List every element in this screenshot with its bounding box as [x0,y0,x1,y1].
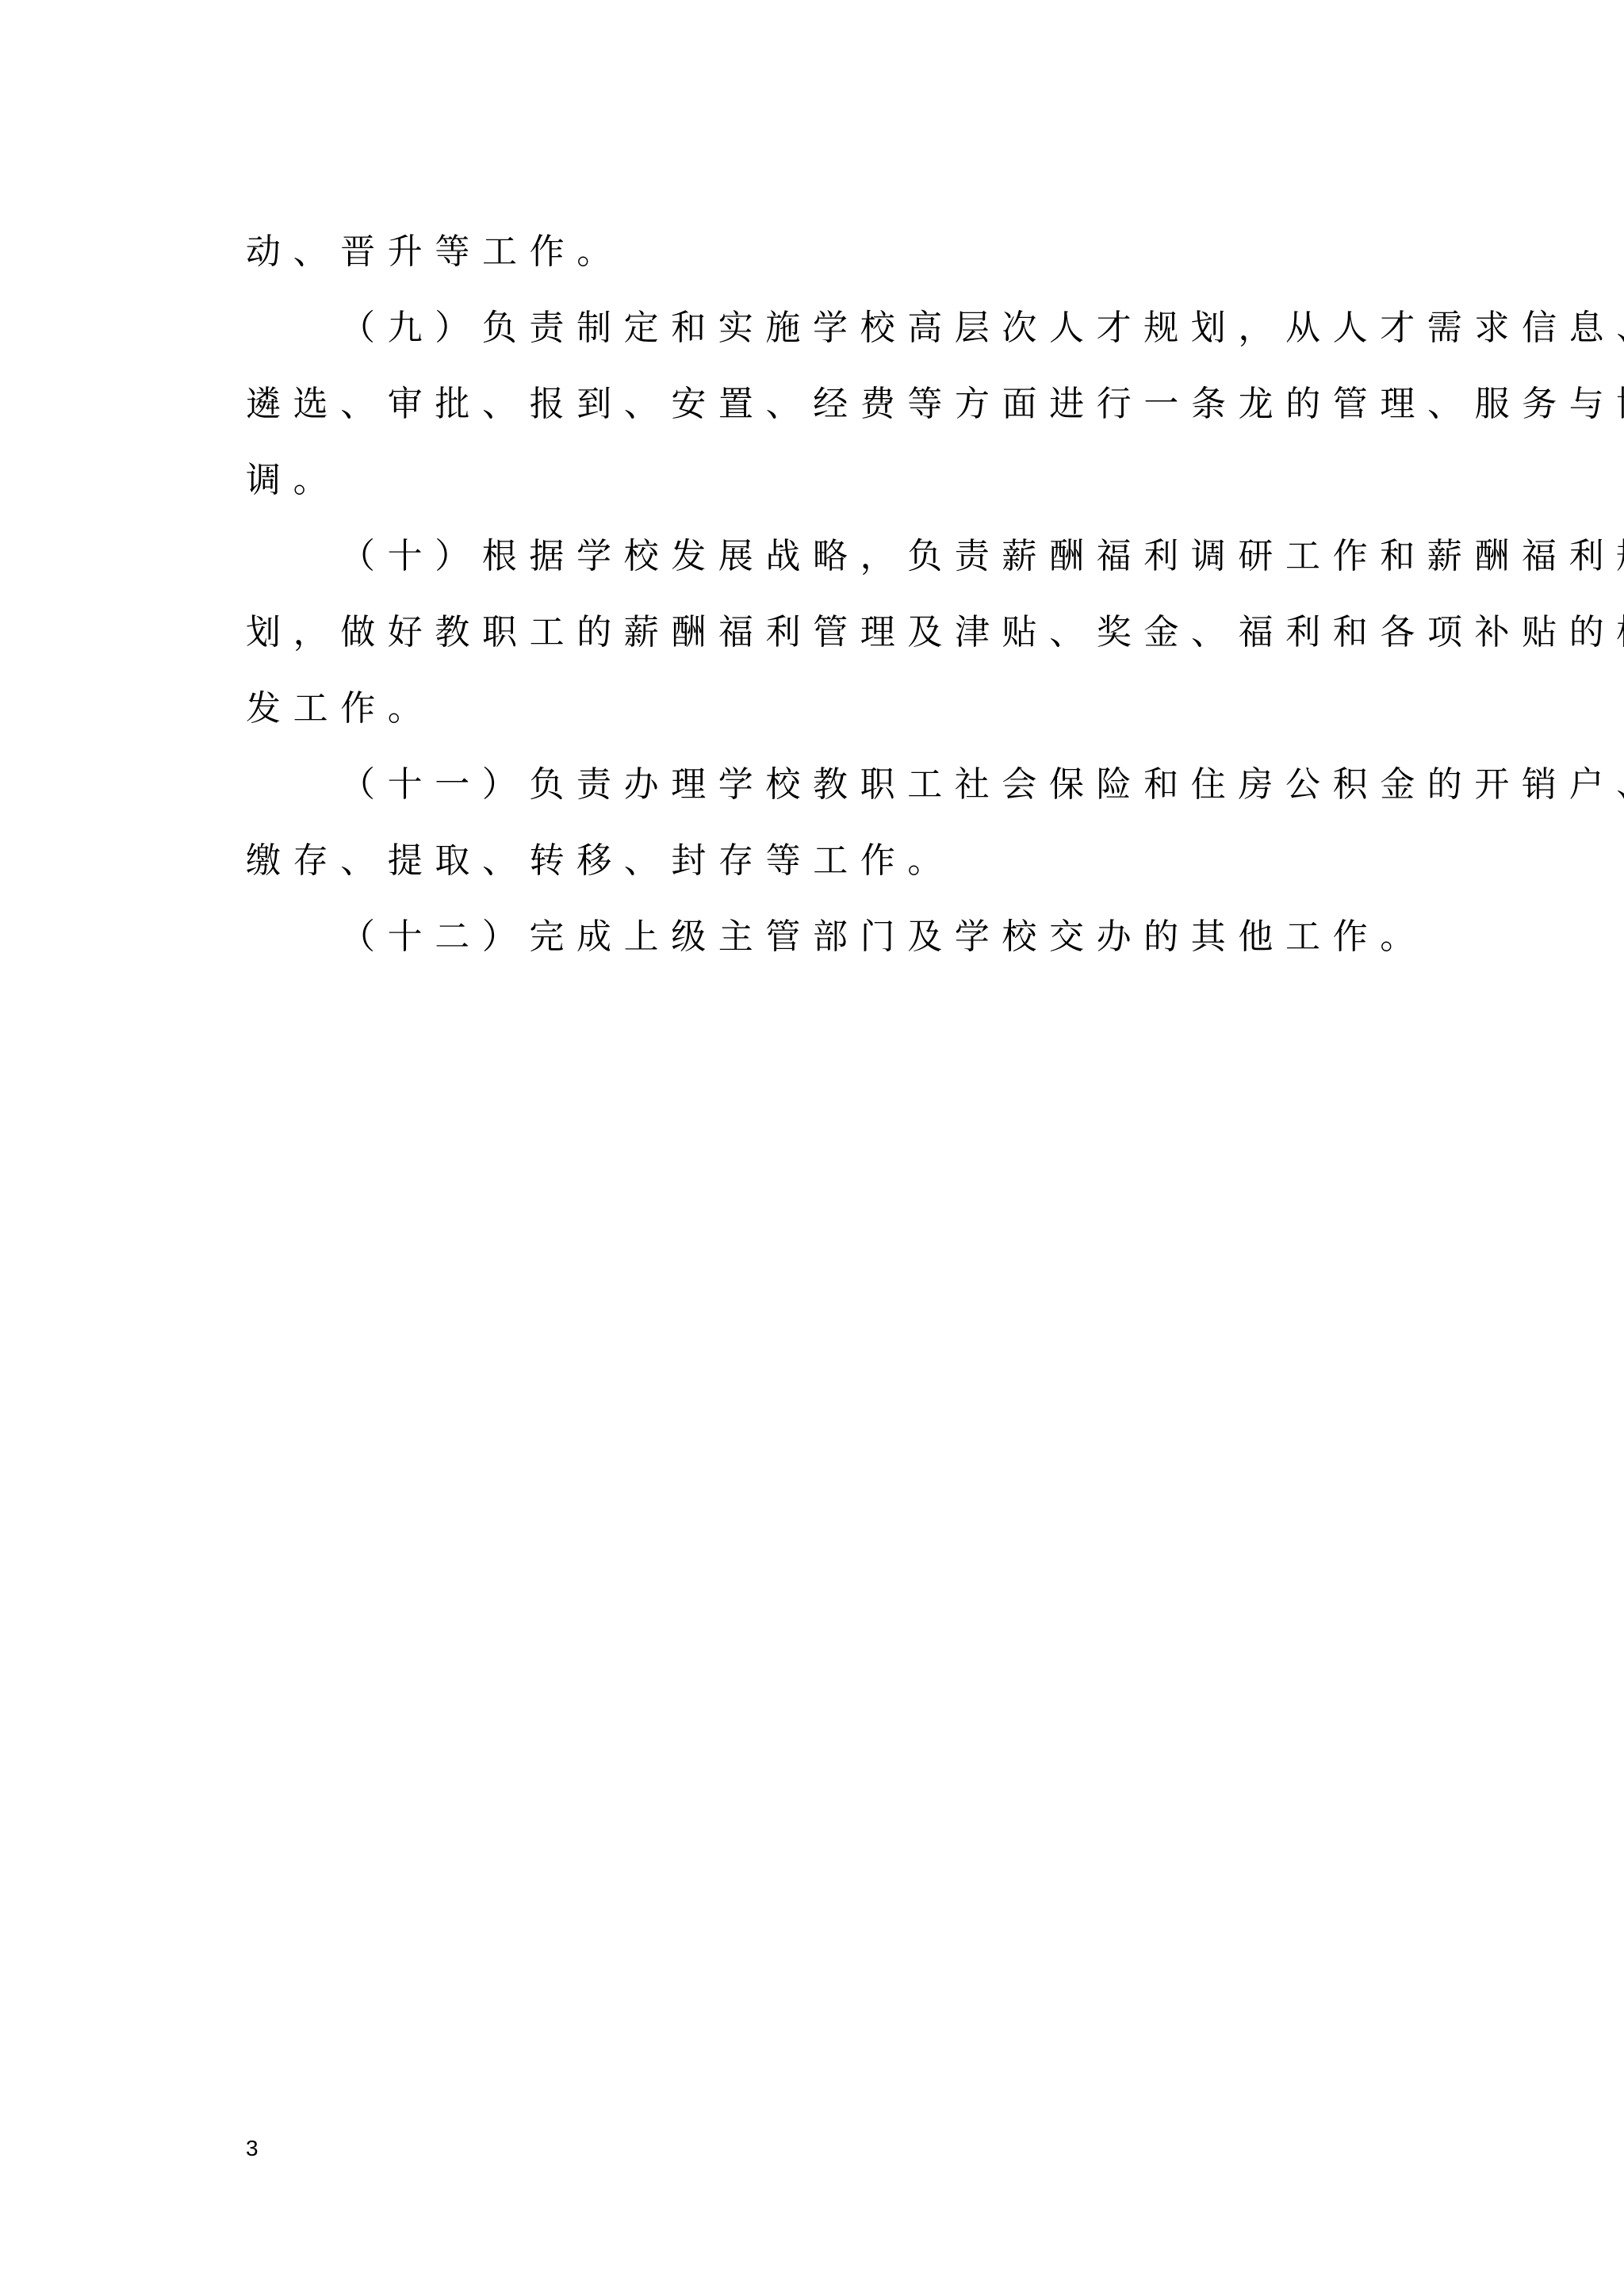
document-page: 动、晋升等工作。 （九）负责制定和实施学校高层次人才规划，从人才需求信息、 遴选… [0,0,1624,2296]
text-line: 发工作。 [246,671,1388,747]
page-number: 3 [246,2135,259,2162]
paragraph-item-11: （十一）负责办理学校教职工社会保险和住房公积金的开销户、 缴存、提取、转移、封存… [246,747,1388,899]
text-line: 划，做好教职工的薪酬福利管理及津贴、奖金、福利和各项补贴的核 [246,595,1388,671]
text-line: 调。 [246,442,1388,519]
document-body: 动、晋升等工作。 （九）负责制定和实施学校高层次人才规划，从人才需求信息、 遴选… [246,214,1388,975]
text-line: （十）根据学校发展战略，负责薪酬福利调研工作和薪酬福利规 [246,519,1388,595]
text-line: （十二）完成上级主管部门及学校交办的其他工作。 [246,899,1388,975]
paragraph-item-9: （九）负责制定和实施学校高层次人才规划，从人才需求信息、 遴选、审批、报到、安置… [246,290,1388,519]
text-line: 动、晋升等工作。 [246,214,1388,290]
paragraph-item-12: （十二）完成上级主管部门及学校交办的其他工作。 [246,899,1388,975]
text-line: （十一）负责办理学校教职工社会保险和住房公积金的开销户、 [246,747,1388,823]
text-line: 遴选、审批、报到、安置、经费等方面进行一条龙的管理、服务与协 [246,366,1388,442]
text-line: 缴存、提取、转移、封存等工作。 [246,823,1388,899]
paragraph-item-10: （十）根据学校发展战略，负责薪酬福利调研工作和薪酬福利规 划，做好教职工的薪酬福… [246,519,1388,747]
text-line: （九）负责制定和实施学校高层次人才规划，从人才需求信息、 [246,290,1388,366]
paragraph-continuation: 动、晋升等工作。 [246,214,1388,290]
